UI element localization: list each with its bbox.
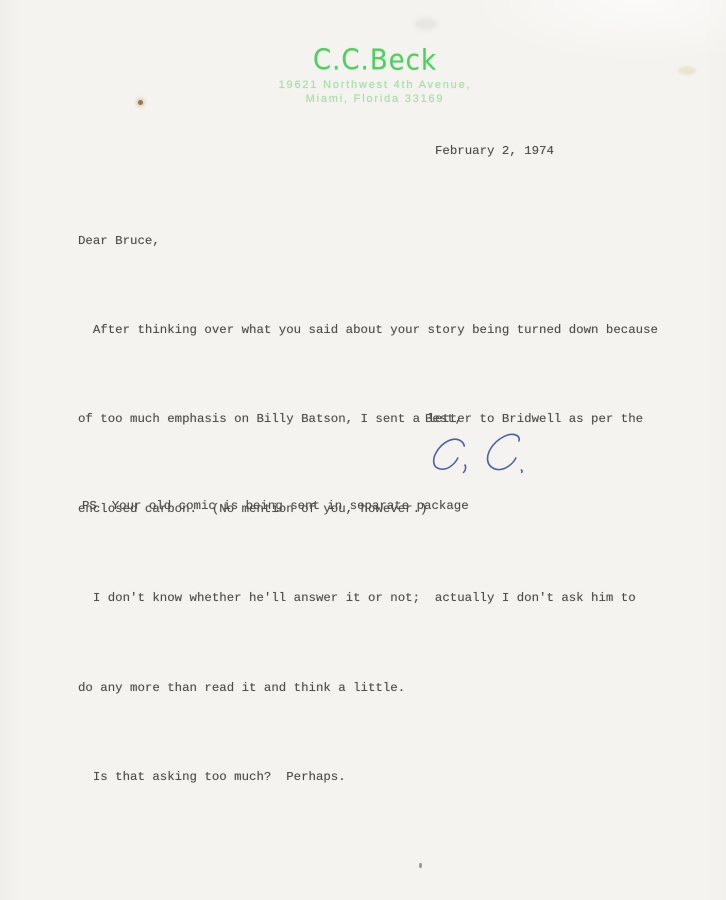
closing: Best, bbox=[425, 405, 462, 435]
letterhead-address-line1: 19621 Northwest 4th Avenue, bbox=[12, 79, 726, 93]
date-line: February 2, 1974 bbox=[435, 137, 554, 167]
letterhead-name: C.C.Beck bbox=[313, 45, 437, 77]
letterhead-address-line2: Miami, Florida 33169 bbox=[12, 93, 726, 107]
paper-speck-bottom bbox=[419, 863, 422, 868]
body-line: do any more than read it and think a lit… bbox=[78, 674, 658, 704]
body-line: Is that asking too much? Perhaps. bbox=[78, 763, 658, 793]
body-line: of too much emphasis on Billy Batson, I … bbox=[78, 405, 658, 435]
body-line: After thinking over what you said about … bbox=[78, 316, 658, 346]
paper-smudge-top bbox=[414, 18, 438, 30]
salutation: Dear Bruce, bbox=[78, 227, 658, 257]
body-line: I don't know whether he'll answer it or … bbox=[78, 584, 658, 614]
paper-speck-brown bbox=[138, 100, 143, 105]
signature-handwritten-cc bbox=[424, 432, 534, 482]
letterhead-address: 19621 Northwest 4th Avenue, Miami, Flori… bbox=[12, 79, 726, 106]
postscript: PS Your old comic is being sent in separ… bbox=[82, 492, 469, 522]
paper-smudge-yellow bbox=[678, 66, 696, 75]
scanned-letter-page: C.C.Beck 19621 Northwest 4th Avenue, Mia… bbox=[0, 0, 726, 900]
letterhead: C.C.Beck 19621 Northwest 4th Avenue, Mia… bbox=[0, 46, 726, 106]
